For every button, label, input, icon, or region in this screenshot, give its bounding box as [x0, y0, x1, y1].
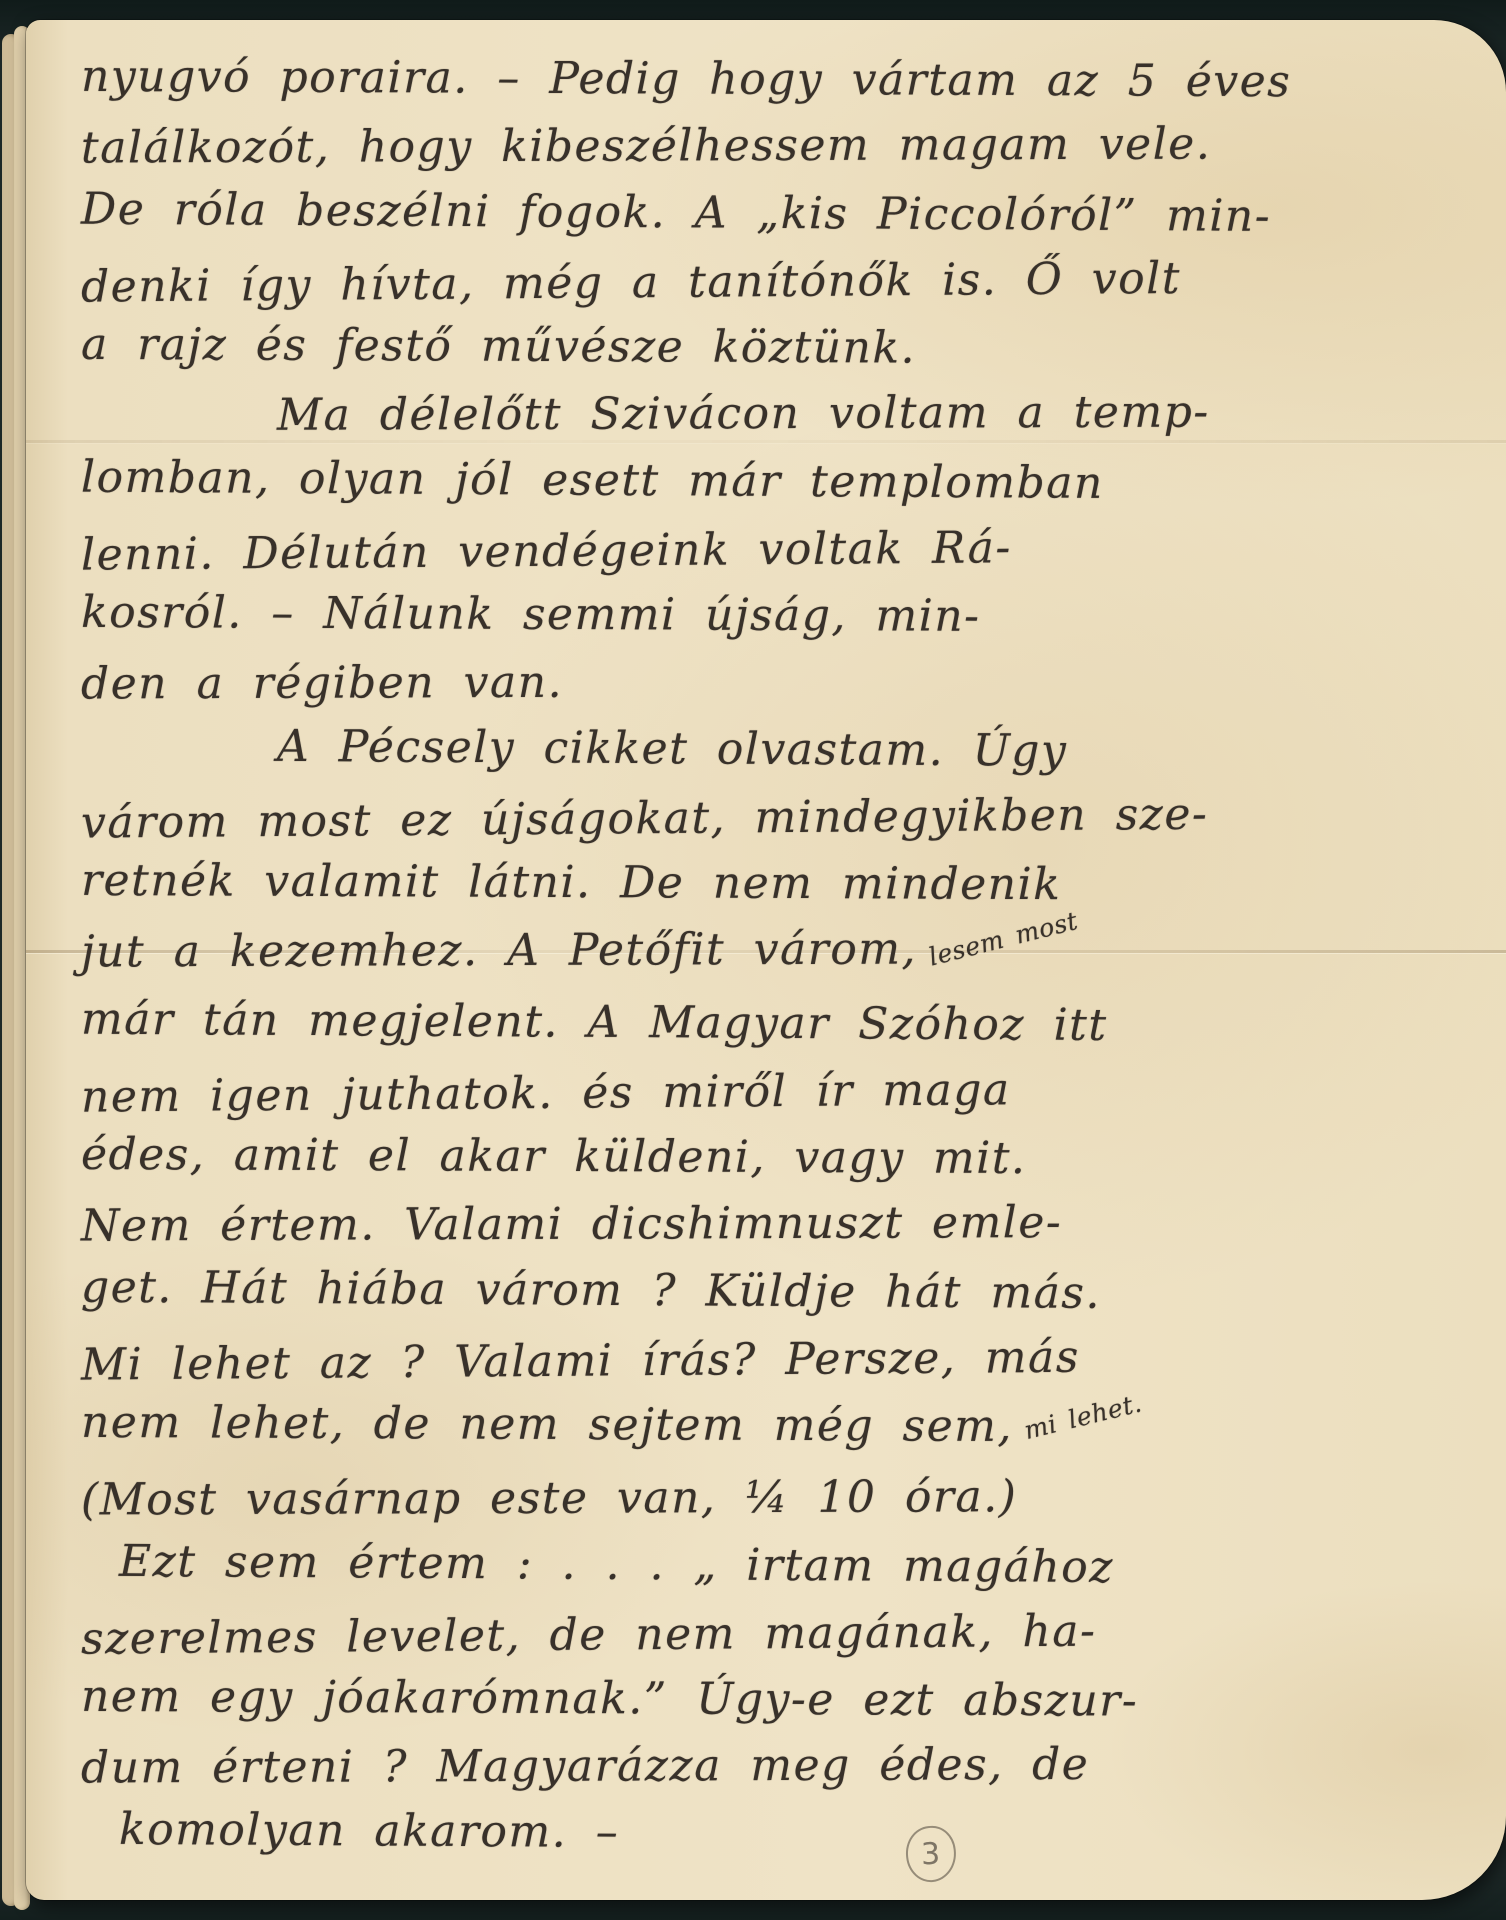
handwritten-line: nem igen juthatok. és miről ír maga: [81, 1052, 1500, 1130]
line-text: denki így hívta, még a tanítónők is. Ő v…: [81, 253, 1181, 313]
handwritten-line: retnék valamit látni. De nem mindenik: [81, 847, 1500, 920]
line-text: retnék valamit látni. De nem mindenik: [81, 855, 1062, 910]
handwritten-line: édes, amit el akar küldeni, vagy mit.: [81, 1121, 1500, 1194]
handwritten-line: komolyan akarom. –: [81, 1796, 1500, 1872]
line-text: komolyan akarom. –: [119, 1804, 620, 1858]
line-text: A Pécsely cikket olvastam. Úgy: [277, 721, 1068, 777]
line-text: Ezt sem értem : . . . „ irtam magához: [119, 1536, 1114, 1593]
handwritten-line: várom most ez újságokat, mindegyikben sz…: [81, 778, 1500, 856]
line-text: nyugvó poraira. – Pedig hogy vártam az 5…: [81, 51, 1292, 107]
handwritten-line: Mi lehet az ? Valami írás? Persze, más: [81, 1320, 1500, 1398]
line-text: nem egy jóakarómnak.” Úgy-e ezt abszur-: [81, 1671, 1138, 1727]
handwritten-line: lenni. Délután vendégeink voltak Rá-: [81, 510, 1500, 588]
handwritten-line: dum érteni ? Magyarázza meg édes, de: [81, 1730, 1500, 1802]
handwritten-line: get. Hát hiába várom ? Küldje hát más.: [81, 1254, 1500, 1330]
line-text: édes, amit el akar küldeni, vagy mit.: [81, 1129, 1027, 1184]
scanned-letter-screenshot: { "letter": { "language": "Hungarian", "…: [0, 0, 1506, 1920]
handwritten-line: denki így hívta, még a tanítónők is. Ő v…: [81, 242, 1500, 320]
handwritten-line: nem lehet, de nem sejtem még sem,mi lehe…: [81, 1389, 1500, 1468]
line-text: jut a kezemhez. A Petőfit várom,: [81, 924, 917, 978]
line-text: várom most ez újságokat, mindegyikben sz…: [81, 789, 1209, 849]
line-text: (Most vasárnap este van, ¼ 10 óra.): [81, 1471, 1018, 1525]
handwritten-line: szerelmes levelet, de nem magának, ha-: [81, 1594, 1500, 1672]
handwritten-line: a rajz és festő művésze köztünk.: [81, 311, 1500, 384]
handwritten-line: den a régiben van.: [81, 646, 1500, 718]
line-text: a rajz és festő művésze köztünk.: [81, 319, 916, 374]
handwritten-line: lomban, olyan jól esett már templomban: [81, 444, 1500, 520]
line-text: kosról. – Nálunk semmi újság, min-: [81, 587, 981, 642]
line-text: lomban, olyan jól esett már templomban: [81, 452, 1104, 509]
handwriting-block: nyugvó poraira. – Pedig hogy vártam az 5…: [26, 20, 1506, 1900]
line-text: találkozót, hogy kibeszélhessem magam ve…: [81, 119, 1211, 174]
line-text: szerelmes levelet, de nem magának, ha-: [81, 1606, 1097, 1665]
line-text: Nem értem. Valami dicshimnuszt emle-: [81, 1197, 1062, 1251]
letter-page: nyugvó poraira. – Pedig hogy vártam az 5…: [26, 20, 1506, 1900]
line-text: get. Hát hiába várom ? Küldje hát más.: [81, 1262, 1101, 1319]
line-text: De róla beszélni fogok. A „kis Piccolóró…: [81, 184, 1271, 242]
handwritten-line: kosról. – Nálunk semmi újság, min-: [81, 579, 1500, 652]
line-text: nem lehet, de nem sejtem még sem,: [81, 1397, 1013, 1452]
line-text: dum érteni ? Magyarázza meg édes, de: [81, 1739, 1089, 1794]
handwritten-line: (Most vasárnap este van, ¼ 10 óra.): [81, 1462, 1500, 1534]
handwritten-line: már tán megjelent. A Magyar Szóhoz itt: [81, 986, 1500, 1062]
handwritten-line: De róla beszélni fogok. A „kis Piccolóró…: [81, 176, 1500, 252]
line-text: lenni. Délután vendégeink voltak Rá-: [81, 522, 1012, 580]
handwritten-line: jut a kezemhez. A Petőfit várom,lesem mo…: [81, 914, 1500, 992]
line-text: Mi lehet az ? Valami írás? Persze, más: [81, 1332, 1080, 1391]
line-text: már tán megjelent. A Magyar Szóhoz itt: [81, 994, 1108, 1051]
line-text: Ma délelőtt Szivácon voltam a temp-: [277, 387, 1210, 441]
handwritten-line: Ezt sem értem : . . . „ irtam magához: [81, 1528, 1500, 1604]
handwritten-line: Nem értem. Valami dicshimnuszt emle-: [81, 1188, 1500, 1260]
handwritten-line: nem egy jóakarómnak.” Úgy-e ezt abszur-: [81, 1663, 1500, 1736]
handwritten-line: nyugvó poraira. – Pedig hogy vártam az 5…: [81, 43, 1500, 116]
line-text: nem igen juthatok. és miről ír maga: [81, 1064, 1011, 1122]
handwritten-line: Ma délelőtt Szivácon voltam a temp-: [81, 378, 1500, 450]
handwritten-line: A Pécsely cikket olvastam. Úgy: [81, 712, 1500, 788]
handwritten-line: találkozót, hogy kibeszélhessem magam ve…: [81, 110, 1500, 182]
line-text: den a régiben van.: [81, 657, 563, 710]
page-number: 3: [921, 1836, 941, 1872]
